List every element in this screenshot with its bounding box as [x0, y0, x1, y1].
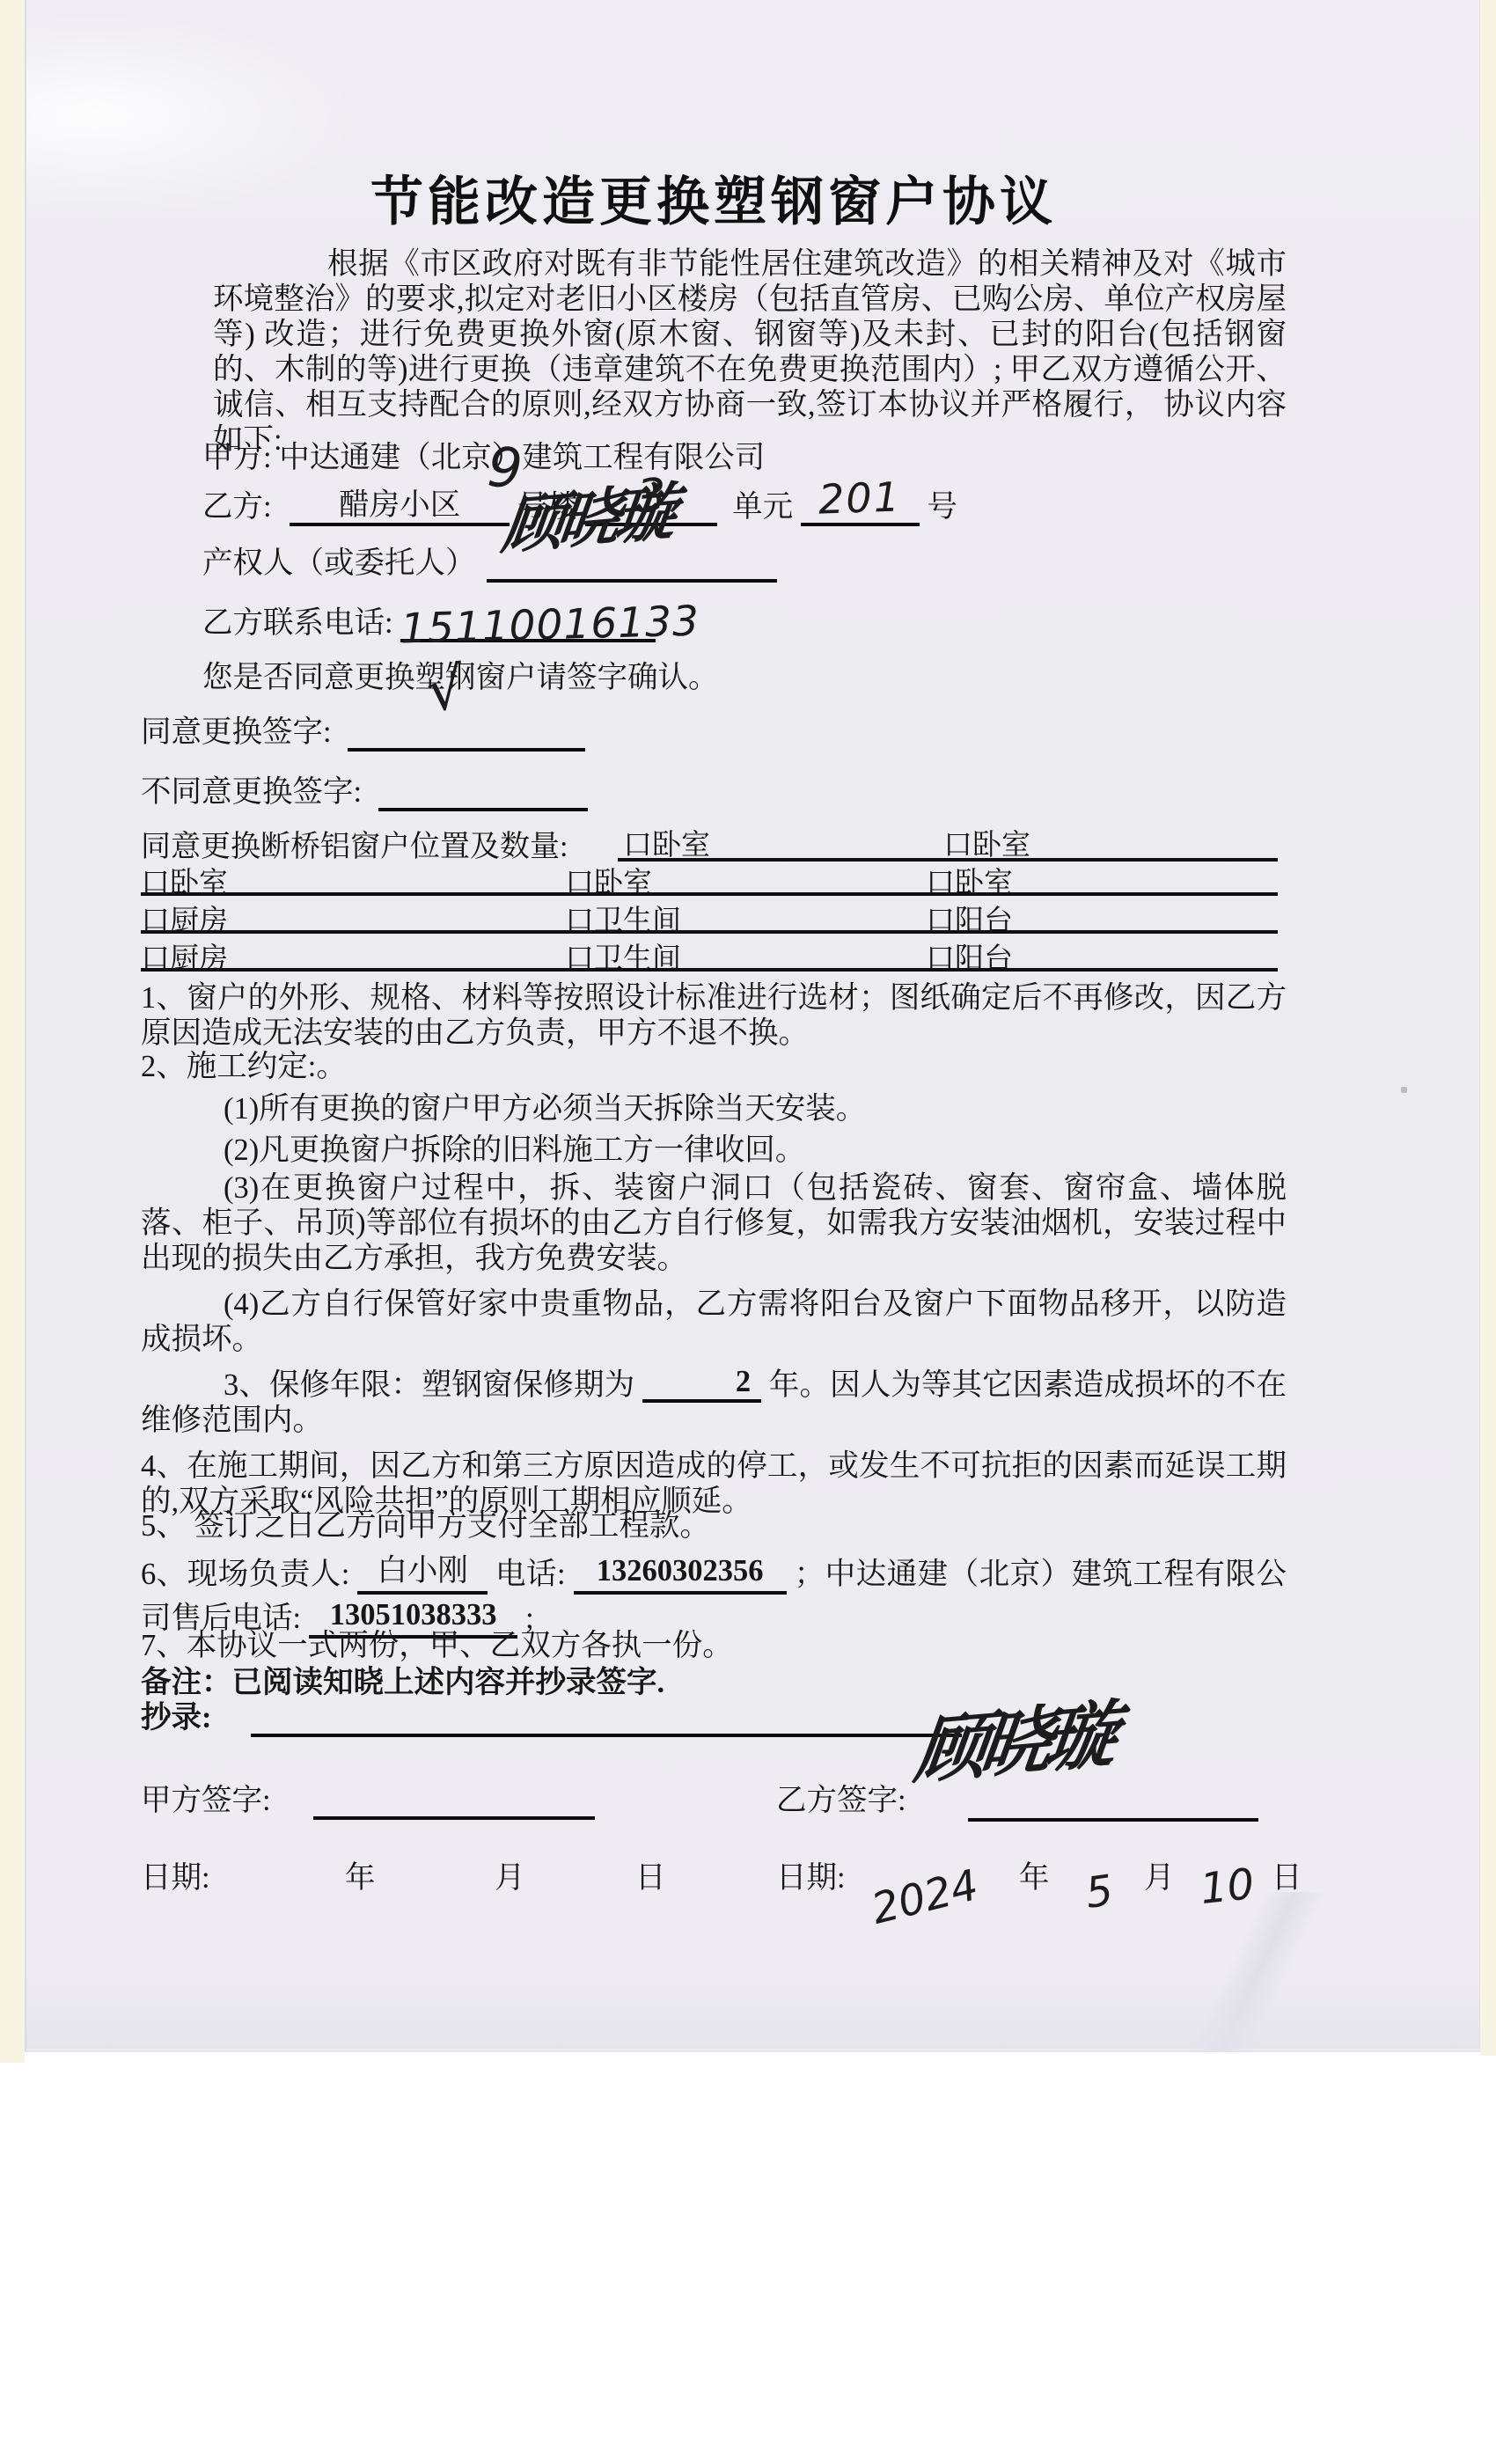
- party-b-label: 乙方:: [202, 490, 272, 524]
- room-checkbox: 口卧室: [141, 860, 228, 901]
- rooms-header: 同意更换断桥铝窗户位置及数量:: [141, 822, 568, 865]
- room-checkbox: 口卧室: [623, 822, 710, 863]
- copy-label: 抄录:: [141, 1701, 212, 1734]
- table-row: 口厨房 口卫生间 口阳台: [141, 935, 1278, 972]
- party-b-signature-field: 顾晓璇: [968, 1781, 1258, 1822]
- community-value: 醋房小区: [339, 488, 460, 522]
- date-a-day: 日: [635, 1859, 666, 1897]
- party-a-line: 甲方: 中达通建（北京）建筑工程有限公司: [202, 438, 765, 477]
- room-field: 201: [801, 486, 920, 526]
- clause-7: 7、本协议一式两份，甲、乙双方各执一份。: [141, 1628, 1287, 1663]
- room-label: 号: [927, 490, 957, 524]
- agree-line: 同意更换签字: √: [141, 711, 585, 752]
- party-a-sign-label: 甲方签字:: [141, 1784, 271, 1817]
- agree-checkmark-handwriting: √: [425, 669, 466, 711]
- clause-2-4: (4)乙方自行保管好家中贵重物品，乙方需将阳台及窗户下面物品移开，以防造成损坏。: [141, 1287, 1287, 1357]
- room-checkbox: 口阳台: [926, 898, 1013, 939]
- owner-label: 产权人（或委托人）: [202, 546, 476, 580]
- scanner-edge-left: [0, 0, 25, 2063]
- building-no-handwriting: 9: [486, 448, 523, 489]
- party-b-signature-handwriting: 顾晓璇: [913, 1716, 1113, 1772]
- owner-line: 产权人（或委托人） 顾晓璇: [202, 542, 777, 583]
- room-checkbox: 口卧室: [565, 860, 652, 901]
- room-checkbox: 口厨房: [141, 935, 228, 977]
- copy-field: [251, 1698, 962, 1737]
- date-b-year-handwriting: 2024: [868, 1866, 981, 1929]
- clause-2: 2、施工约定:。: [141, 1049, 1287, 1084]
- agree-label: 同意更换签字:: [141, 715, 332, 749]
- party-a-signature-field: [313, 1781, 595, 1820]
- room-checkbox: 口卫生间: [565, 935, 681, 977]
- date-a-month: 月: [495, 1859, 525, 1897]
- room-no-handwriting: 201: [818, 477, 902, 518]
- table-row: 口厨房 口卫生间 口阳台: [141, 898, 1278, 934]
- unit-label: 单元: [732, 490, 793, 524]
- table-row: 口卧室 口卧室 口卧室: [141, 860, 1278, 896]
- document-title: 节能改造更换塑钢窗户协议: [141, 160, 1287, 236]
- paper-sheet: 节能改造更换塑钢窗户协议 根据《市区政府对既有非节能性居住建筑改造》的相关精神及…: [25, 0, 1480, 2052]
- scanned-page: 节能改造更换塑钢窗户协议 根据《市区政府对既有非节能性居住建筑改造》的相关精神及…: [0, 0, 1496, 2464]
- warranty-years-field: 2: [642, 1364, 761, 1403]
- disagree-signature-field: [378, 771, 588, 811]
- room-checkbox: 口厨房: [141, 898, 228, 939]
- phone-handwriting: 15110016133: [400, 603, 700, 649]
- community-field: 醋房小区 9: [290, 486, 510, 526]
- date-a-label: 日期:: [141, 1859, 210, 1897]
- site-manager-field: 白小刚: [357, 1551, 488, 1595]
- date-b-label: 日期:: [776, 1859, 846, 1897]
- date-b-month: 月: [1144, 1859, 1175, 1897]
- clause-6-p1: 6、现场负责人:: [141, 1558, 349, 1591]
- scan-speck: [1401, 1087, 1407, 1093]
- date-row: 日期: 年 月 日 日期: 2024 年 5 月 10 日: [141, 1859, 1287, 1964]
- clause-2-1: (1)所有更换的窗户甲方必须当天拆除当天安装。: [141, 1091, 1287, 1126]
- clause-2-3: (3)在更换窗户过程中，拆、装窗户洞口（包括瓷砖、窗套、窗帘盒、墙体脱落、柜子、…: [141, 1170, 1287, 1276]
- room-checkbox: 口卫生间: [565, 898, 681, 939]
- clause-6: 6、现场负责人: 白小刚 电话: 13260302356 ；中达通建（北京）建筑…: [141, 1551, 1287, 1639]
- phone-line: 乙方联系电话: 15110016133: [202, 602, 656, 642]
- clause-3-prefix: 3、保修年限：塑钢窗保修期为: [224, 1368, 634, 1402]
- intro-paragraph: 根据《市区政府对既有非节能性居住建筑改造》的相关精神及对《城市环境整治》的要求,…: [213, 246, 1287, 458]
- clause-5: 5、 签订之日乙方向甲方支付全部工程款。: [141, 1508, 1287, 1544]
- owner-signature-handwriting: 顾晓璇: [501, 492, 674, 546]
- date-b-month-handwriting: 5: [1083, 1871, 1115, 1913]
- document-content: 节能改造更换塑钢窗户协议 根据《市区政府对既有非节能性居住建筑改造》的相关精神及…: [141, 0, 1287, 2052]
- clause-6-p2: 电话:: [495, 1558, 566, 1591]
- phone-label: 乙方联系电话:: [202, 606, 393, 640]
- date-b-day: 日: [1272, 1859, 1302, 1897]
- owner-signature-field: 顾晓璇: [487, 542, 777, 583]
- phone-field: 15110016133: [400, 602, 656, 642]
- date-b-year: 年: [1019, 1859, 1050, 1897]
- clause-1: 1、窗户的外形、规格、材料等按照设计标准进行选材；图纸确定后不再修改，因乙方原因…: [141, 980, 1287, 1051]
- clause-3: 3、保修年限：塑钢窗保修期为 2 年。因人为等其它因素造成损坏的不在维修范围内。: [141, 1364, 1287, 1438]
- room-checkbox: 口卧室: [943, 822, 1030, 863]
- signature-row: 甲方签字: 乙方签字: 顾晓璇: [141, 1781, 1287, 1820]
- clause-2-2: (2)凡更换窗户拆除的旧料施工方一律收回。: [141, 1133, 1287, 1168]
- table-row: 同意更换断桥铝窗户位置及数量: 口卧室 口卧室: [141, 822, 1278, 858]
- agree-signature-field: √: [348, 711, 585, 752]
- date-b-day-handwriting: 10: [1199, 1865, 1256, 1909]
- date-a-year: 年: [345, 1859, 376, 1897]
- party-b-sign-label: 乙方签字:: [776, 1781, 906, 1820]
- scanner-edge-right: [1480, 0, 1496, 2056]
- disagree-line: 不同意更换签字:: [141, 771, 588, 811]
- manager-phone-field: 13260302356: [574, 1551, 787, 1595]
- copy-line: 抄录:: [141, 1698, 962, 1737]
- room-checkbox: 口卧室: [926, 860, 1013, 901]
- room-checkbox: 口阳台: [926, 935, 1013, 977]
- disagree-label: 不同意更换签字:: [141, 775, 362, 809]
